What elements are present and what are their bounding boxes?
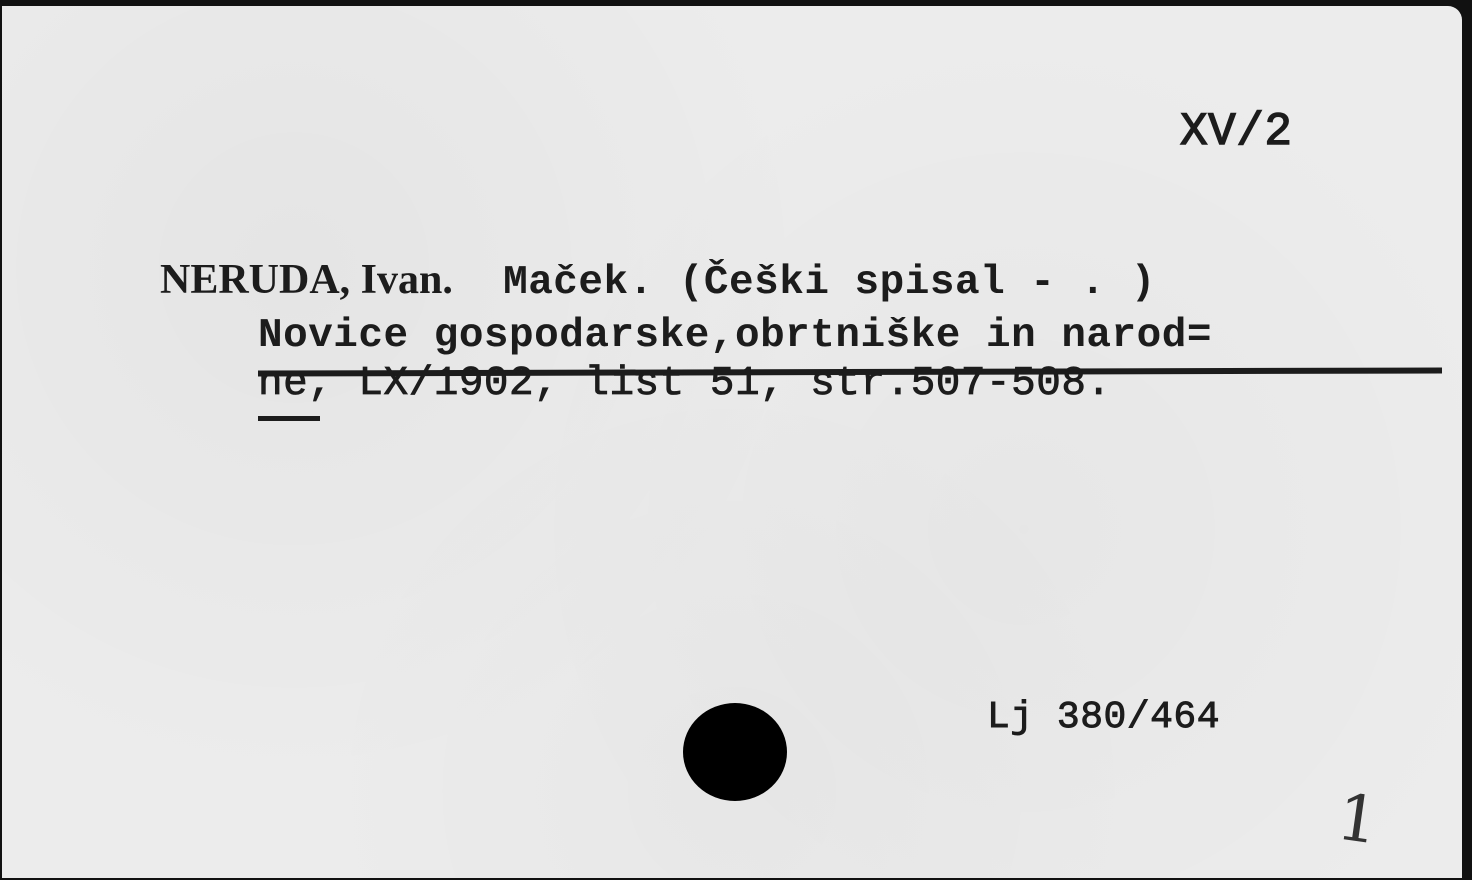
shelf-mark: Lj 380/464 [987,696,1220,739]
source-citation: LX/1902, list 51, str.507-508. [333,361,1111,407]
punch-hole [683,703,787,801]
call-number: XV/2 [1180,106,1292,158]
spacer [453,260,503,306]
author-name: NERUDA, Ivan. [160,257,453,303]
handwritten-mark: 1 [1332,786,1381,861]
entry-heading: NERUDA, Ivan. Maček. (Češki spisal - . ) [160,256,1156,306]
card-edge-shadow [1462,0,1472,880]
work-title: Maček. (Češki spisal - . ) [503,260,1156,306]
source-underlined-part: ne, [258,361,333,407]
source-line-2: ne, LX/1902, list 51, str.507-508. [258,361,1112,407]
source-line-1: Novice gospodarske,obrtniške in narod= [258,313,1212,359]
catalog-card: XV/2 NERUDA, Ivan. Maček. (Češki spisal … [2,6,1462,878]
underline-short [258,416,320,421]
